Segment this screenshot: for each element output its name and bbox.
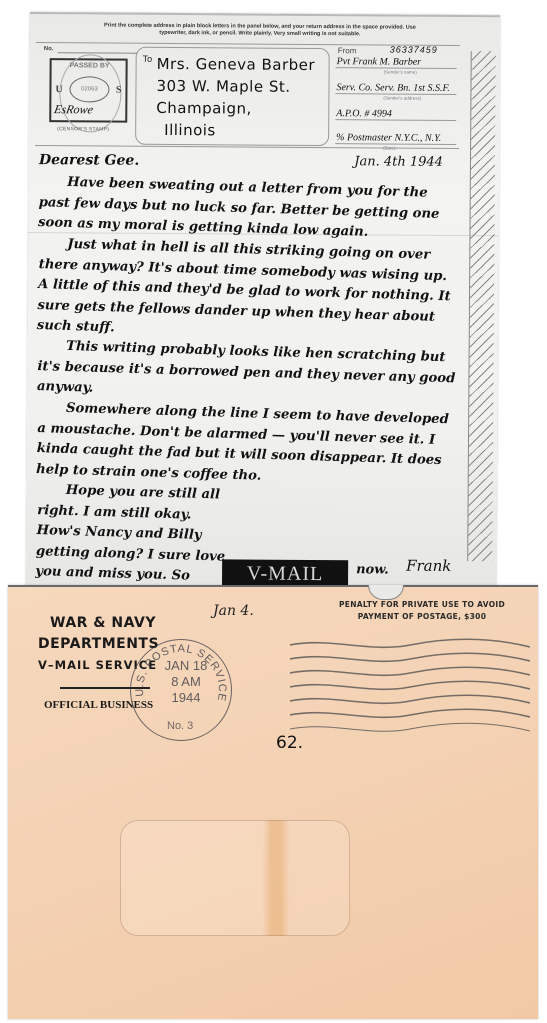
postmark-time: 8 AM [161,674,211,690]
from-label: From [338,46,357,55]
envelope-window [120,820,350,936]
sender-address: Serv. Co. Serv. Bn. 1st S.S.F. [336,82,449,94]
sender-address-row: Serv. Co. Serv. Bn. 1st S.S.F. (Sender's… [335,82,456,95]
to-line-street: 303 W. Maple St. [156,75,315,98]
sender-apo-row: A.P.O. # 4994 [335,108,456,121]
form-instructions: Print the complete address in plain bloc… [95,22,425,38]
censor-passed-by: PASSED BY [70,62,110,69]
salutation: Dearest Gee. [39,150,139,171]
sender-apo: A.P.O. # 4994 [336,108,392,119]
penalty-notice: PENALTY FOR PRIVATE USE TO AVOID PAYMENT… [324,599,520,623]
to-line-name: Mrs. Geneva Barber [157,53,316,76]
sender-name: Pvt Frank M. Barber [337,56,422,68]
paragraph: Somewhere along the line I seem to have … [36,398,458,492]
signature: Frank [406,557,451,575]
closing-word: now. [356,562,389,577]
postmark-center: JAN 18 8 AM 1944 [161,658,211,706]
penalty-line-1: PENALTY FOR PRIVATE USE TO AVOID [324,599,520,611]
sender-name-row: Pvt Frank M. Barber (Sender's name) [336,56,457,69]
postmark-icon: U.S. POSTAL SERVICE JAN 18 8 AM 1944 No.… [130,639,232,741]
vmail-letter-sheet: Print the complete address in plain bloc… [26,12,500,592]
paragraph: Have been sweating out a letter from you… [38,172,460,246]
hatched-margin [467,51,496,561]
sender-postmaster-row: % Postmaster N.Y.C., N.Y. (Date) [335,132,456,145]
handwritten-number: 62. [276,733,303,753]
penalty-line-2: PAYMENT OF POSTAGE, $300 [324,611,520,623]
paragraph: Just what in hell is all this striking g… [37,234,460,349]
number-line [58,52,138,54]
censor-letter-s: S [116,85,122,96]
censor-caption: (CENSOR'S STAMP) [57,126,109,132]
sender-serial-number: 36337459 [390,45,438,55]
handwritten-date: Jan 4. [213,603,254,619]
to-address-panel: To Mrs. Geneva Barber 303 W. Maple St. C… [135,47,330,146]
sender-address-caption: (Sender's address) [381,95,423,100]
censor-letter-u: U [55,84,62,95]
sender-postmaster: % Postmaster N.Y.C., N.Y. [336,132,441,144]
postmark-station: No. 3 [167,720,193,732]
to-label: To [143,54,153,64]
censor-stamp: PASSED BY U 02063 S EsRowe [49,58,127,123]
to-line-state: Illinois [156,119,315,142]
to-line-city: Champaign, [156,97,315,120]
postmark-date: JAN 18 [161,658,211,674]
vmail-badge: V-MAIL [222,559,348,588]
censor-signature: EsRowe [53,102,94,117]
vmail-envelope: WAR & NAVY DEPARTMENTS V–MAIL SERVICE OF… [8,585,538,1019]
number-label: No. [44,46,54,52]
letter-date: Jan. 4th 1944 [354,152,443,173]
title-line-1: WAR & NAVY [38,613,159,634]
cancellation-wavy-lines-icon [290,637,530,737]
envelope-notch [368,585,404,600]
censor-number: 02063 [69,76,109,102]
postmark-year: 1944 [161,690,211,706]
sender-name-caption: (Sender's name) [382,69,419,74]
